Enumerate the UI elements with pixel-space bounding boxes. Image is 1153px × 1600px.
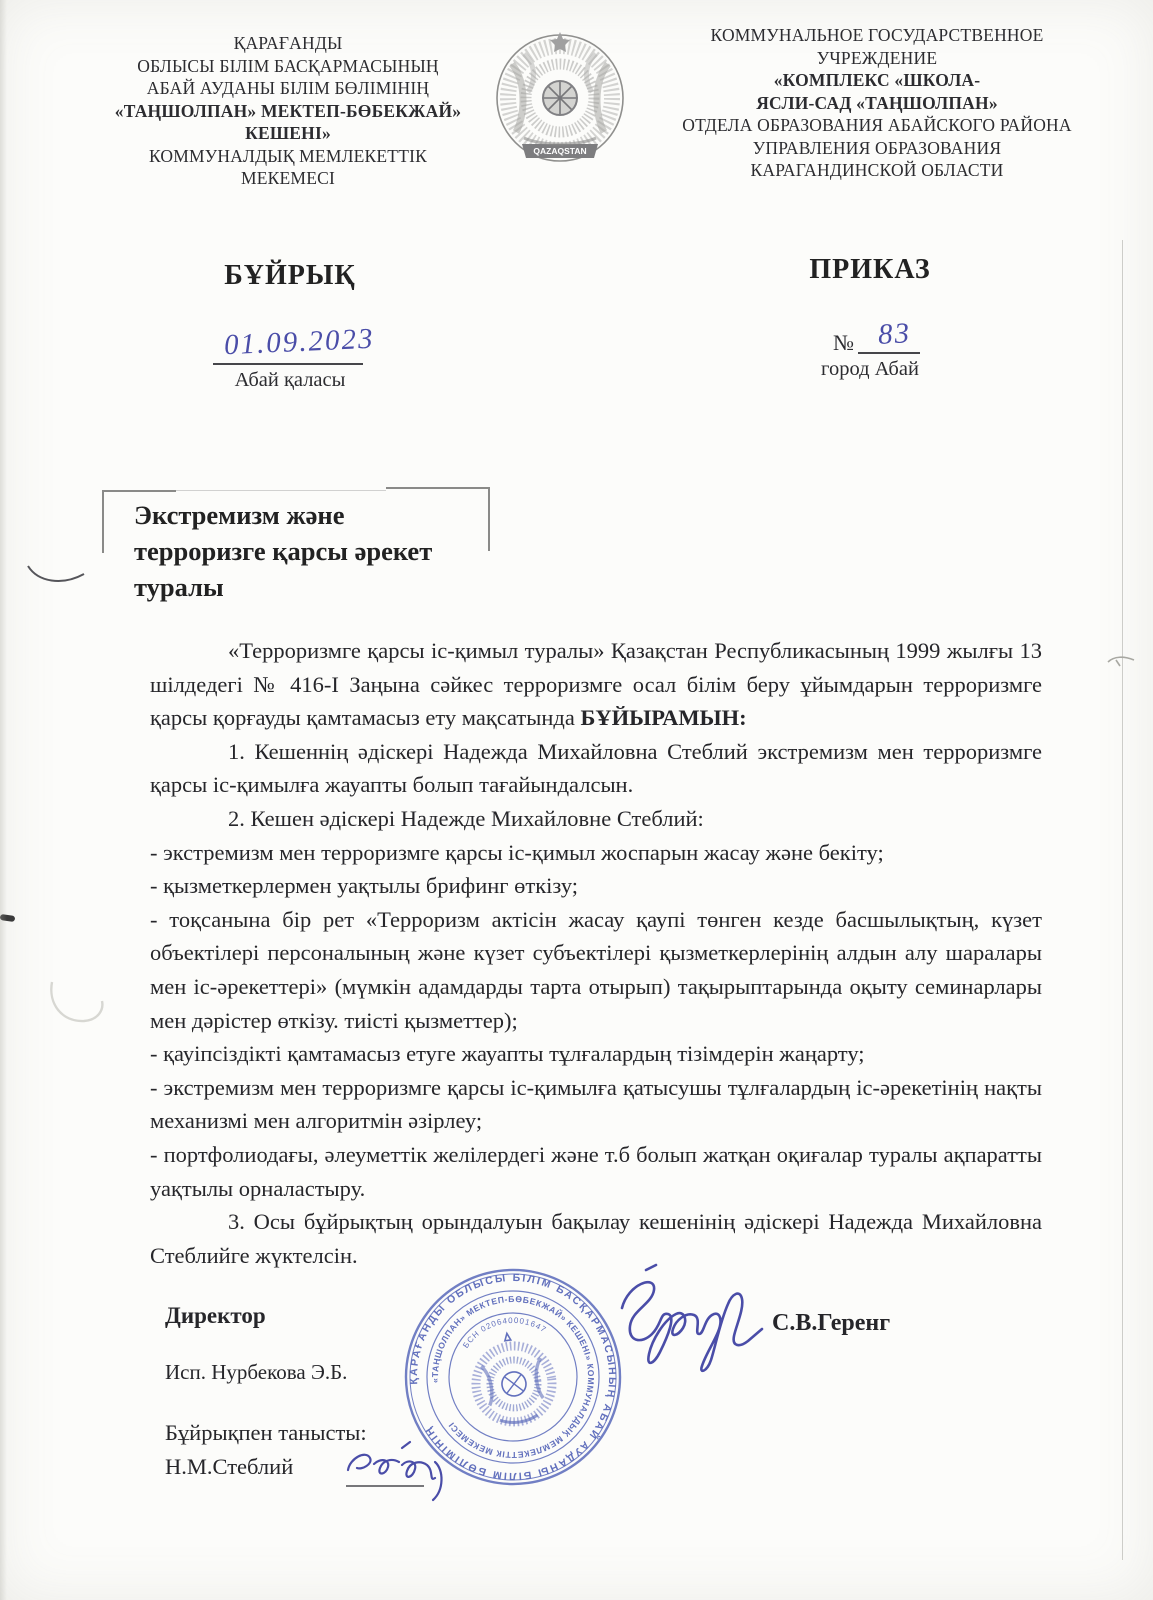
subject-line: Экстремизм және <box>134 497 474 533</box>
director-label: Директор <box>165 1303 266 1329</box>
subject-line: терроризге қарсы әрекет <box>134 533 474 569</box>
pen-scratch-artifact <box>26 548 88 594</box>
org-line: ОБЛЫСЫ БІЛІМ БАСҚАРМАСЫНЫҢ <box>88 55 488 78</box>
number-underline <box>858 352 920 354</box>
order-title-kazakh: БҰЙРЫҚ <box>150 260 430 292</box>
left-edge-shadow <box>0 0 7 1600</box>
paper-fold-line <box>1122 240 1123 1560</box>
org-line: УПРАВЛЕНИЯ ОБРАЗОВАНИЯ <box>638 137 1116 160</box>
emblem-ribbon-text: QAZAQSTAN <box>533 146 586 156</box>
org-line: МЕКЕМЕСІ <box>88 167 488 190</box>
punch-hole-shadow <box>46 978 110 1030</box>
preamble-decree-word: БҰЙЫРАМЫН: <box>580 705 746 730</box>
executor-line: Исп. Нурбекова Э.Б. <box>165 1360 347 1385</box>
org-line: КЕШЕНІ» <box>88 122 488 145</box>
paragraph-dash-item: - экстремизм мен терроризмге қарсы іс-қи… <box>150 836 1042 870</box>
org-header-russian: КОММУНАЛЬНОЕ ГОСУДАРСТВЕННОЕ УЧРЕЖДЕНИЕ … <box>638 24 1116 182</box>
scanned-order-document: ҚАРАҒАНДЫ ОБЛЫСЫ БІЛІМ БАСҚАРМАСЫНЫҢ АБА… <box>0 0 1153 1600</box>
org-line: АБАЙ АУДАНЫ БІЛІМ БӨЛІМІНІҢ <box>88 77 488 100</box>
org-line: ЯСЛИ-САД «ТАҢШОЛПАН» <box>638 92 1116 115</box>
paragraph-item: 2. Кешен әдіскері Надежде Михайловне Сте… <box>150 802 1042 836</box>
paragraph-item: 1. Кешеннің әдіскері Надежда Михайловна … <box>150 735 1042 802</box>
paragraph-dash-item: - портфолиодағы, әлеуметтік желілердегі … <box>150 1138 1042 1205</box>
paragraph-dash-item: - қызметкерлермен уақтылы брифинг өткізу… <box>150 869 1042 903</box>
place-russian: город Абай <box>800 358 940 381</box>
order-subject: Экстремизм және терроризге қарсы әрекет … <box>134 497 474 605</box>
org-line: КОММУНАЛЬНОЕ ГОСУДАРСТВЕННОЕ <box>638 24 1116 47</box>
subject-box-left-edge <box>102 490 104 553</box>
org-line: КАРАГАНДИНСКОЙ ОБЛАСТИ <box>638 159 1116 182</box>
paragraph-dash-item: - қауіпсіздікті қамтамасыз етуге жауапты… <box>150 1037 1042 1071</box>
director-name: С.В.Геренг <box>772 1310 890 1337</box>
org-line: «КОМПЛЕКС «ШКОЛА- <box>638 69 1116 92</box>
subject-box-top-right <box>386 487 490 489</box>
org-line: КОММУНАЛДЫҚ МЕМЛЕКЕТТІК <box>88 145 488 168</box>
order-body: «Терроризмге қарсы іс-қимыл туралы» Қаза… <box>150 634 1042 1272</box>
handwritten-date: 01.09.2023 <box>223 323 375 363</box>
director-signature <box>608 1262 788 1377</box>
acquainted-signature <box>340 1436 460 1506</box>
paragraph-dash-item: - экстремизм мен терроризмге қарсы іс-қи… <box>150 1071 1042 1138</box>
stamp-center-emblem <box>469 1328 557 1427</box>
paragraph-preamble: «Терроризмге қарсы іс-қимыл туралы» Қаза… <box>150 634 1042 735</box>
handwritten-order-number: 83 <box>877 317 912 352</box>
acquainted-name: Н.М.Стеблий <box>165 1454 293 1480</box>
acquainted-label: Бұйрықпен танысты: <box>165 1420 367 1446</box>
org-line: ОТДЕЛА ОБРАЗОВАНИЯ АБАЙСКОГО РАЙОНА <box>638 114 1116 137</box>
org-header-kazakh: ҚАРАҒАНДЫ ОБЛЫСЫ БІЛІМ БАСҚАРМАСЫНЫҢ АБА… <box>88 32 488 190</box>
subject-box-top-middle <box>176 490 386 491</box>
org-line: ҚАРАҒАНДЫ <box>88 32 488 55</box>
order-title-russian: ПРИКАЗ <box>790 254 950 286</box>
paragraph-dash-item: - тоқсанына бір рет «Терроризм актісін ж… <box>150 903 1042 1037</box>
subject-line: туралы <box>134 569 474 605</box>
subject-box-top-left <box>102 490 176 492</box>
date-underline <box>213 363 363 365</box>
fold-mark <box>1106 652 1136 668</box>
org-line: УЧРЕЖДЕНИЕ <box>638 47 1116 70</box>
kazakhstan-emblem-icon: QAZAQSTAN <box>494 26 626 188</box>
order-number-label: № <box>833 330 854 356</box>
org-line: «ТАҢШОЛПАН» МЕКТЕП-БӨБЕКЖАЙ» <box>88 100 488 123</box>
subject-box-right-edge <box>488 487 490 551</box>
place-kazakh: Абай қаласы <box>180 369 400 392</box>
